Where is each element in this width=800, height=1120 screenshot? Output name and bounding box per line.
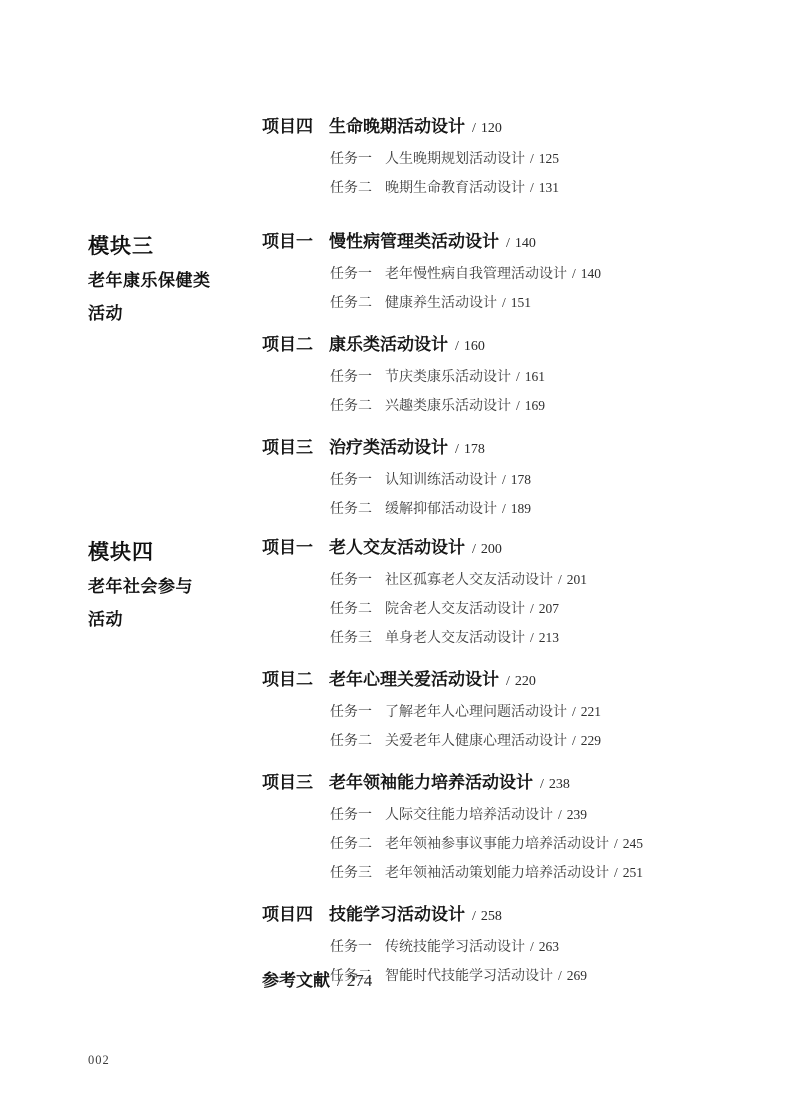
page-separator: /	[530, 180, 534, 195]
project-page-number: 140	[515, 236, 536, 251]
task-title: 兴趣类康乐活动设计	[385, 397, 511, 413]
task-page-number: 189	[511, 501, 531, 516]
task-label: 任务一	[330, 932, 372, 960]
project-title: 慢性病管理类活动设计	[329, 232, 499, 251]
page-separator: /	[472, 121, 476, 136]
page-separator: /	[614, 836, 618, 851]
task-page-number: 221	[581, 704, 601, 719]
project-heading: 项目三治疗类活动设计/178	[262, 433, 800, 465]
page-separator: /	[558, 968, 562, 983]
page-separator: /	[502, 295, 506, 310]
task-page-number: 131	[539, 180, 559, 195]
page-separator: /	[506, 236, 510, 251]
page-separator: /	[472, 909, 476, 924]
project-title: 治疗类活动设计	[329, 438, 448, 457]
references-title: 参考文献	[262, 971, 330, 990]
project-page-number: 178	[464, 442, 485, 457]
task-label: 任务三	[330, 623, 372, 651]
references-heading: 参考文献/274	[262, 966, 372, 996]
task-label: 任务二	[330, 726, 372, 754]
toc-project: 项目三治疗类活动设计/178 任务一认知训练活动设计/178 任务二缓解抑郁活动…	[262, 433, 800, 523]
task-page-number: 213	[539, 630, 559, 645]
module-title-line: 活动	[88, 603, 262, 636]
page-separator: /	[516, 398, 520, 413]
toc-task: 任务二兴趣类康乐活动设计/169	[262, 391, 800, 420]
task-label: 任务二	[330, 391, 372, 419]
project-label: 项目三	[262, 768, 313, 798]
task-label: 任务二	[330, 829, 372, 857]
task-label: 任务一	[330, 465, 372, 493]
task-label: 任务二	[330, 288, 372, 316]
page-separator: /	[516, 369, 520, 384]
task-label: 任务二	[330, 594, 372, 622]
project-page-number: 258	[481, 909, 502, 924]
toc-project: 项目一老人交友活动设计/200 任务一社区孤寡老人交友活动设计/201 任务二院…	[262, 533, 800, 652]
project-heading: 项目二老年心理关爱活动设计/220	[262, 665, 800, 697]
project-page-number: 160	[464, 339, 485, 354]
project-label: 项目四	[262, 112, 313, 142]
project-heading: 项目三老年领袖能力培养活动设计/238	[262, 768, 800, 800]
task-label: 任务二	[330, 173, 372, 201]
page-separator: /	[337, 971, 342, 990]
task-title: 节庆类康乐活动设计	[385, 368, 511, 384]
toc-section-module-3: 模块三 老年康乐保健类 活动 项目一慢性病管理类活动设计/140 任务一老年慢性…	[0, 227, 800, 536]
page-separator: /	[502, 501, 506, 516]
project-title: 康乐类活动设计	[329, 335, 448, 354]
page-separator: /	[530, 939, 534, 954]
project-title: 老人交友活动设计	[329, 538, 465, 557]
project-title: 生命晚期活动设计	[329, 117, 465, 136]
project-heading: 项目四技能学习活动设计/258	[262, 900, 800, 932]
toc-task: 任务二关爱老年人健康心理活动设计/229	[262, 726, 800, 755]
task-title: 人生晚期规划活动设计	[385, 150, 525, 166]
page-separator: /	[530, 151, 534, 166]
toc-task: 任务二院舍老人交友活动设计/207	[262, 594, 800, 623]
task-title: 关爱老年人健康心理活动设计	[385, 732, 567, 748]
task-page-number: 161	[525, 369, 545, 384]
task-page-number: 251	[623, 865, 643, 880]
project-page-number: 120	[481, 121, 502, 136]
page-separator: /	[572, 266, 576, 281]
page-separator: /	[530, 601, 534, 616]
task-title: 老年慢性病自我管理活动设计	[385, 265, 567, 281]
task-page-number: 263	[539, 939, 559, 954]
toc-task: 任务一认知训练活动设计/178	[262, 465, 800, 494]
toc-task: 任务一老年慢性病自我管理活动设计/140	[262, 259, 800, 288]
page-separator: /	[540, 777, 544, 792]
toc-task: 任务二缓解抑郁活动设计/189	[262, 494, 800, 523]
task-page-number: 207	[539, 601, 559, 616]
page-separator: /	[472, 542, 476, 557]
project-label: 项目二	[262, 330, 313, 360]
task-title: 缓解抑郁活动设计	[385, 500, 497, 516]
task-page-number: 201	[567, 572, 587, 587]
module-label: 模块四	[88, 535, 262, 570]
task-title: 智能时代技能学习活动设计	[385, 967, 553, 983]
project-label: 项目三	[262, 433, 313, 463]
task-title: 健康养生活动设计	[385, 294, 497, 310]
project-label: 项目二	[262, 665, 313, 695]
task-label: 任务一	[330, 362, 372, 390]
task-page-number: 239	[567, 807, 587, 822]
page-separator: /	[455, 442, 459, 457]
project-page-number: 220	[515, 674, 536, 689]
task-label: 任务一	[330, 697, 372, 725]
task-title: 社区孤寡老人交友活动设计	[385, 571, 553, 587]
task-title: 院舍老人交友活动设计	[385, 600, 525, 616]
toc-task: 任务一人生晚期规划活动设计/125	[262, 144, 800, 173]
project-page-number: 200	[481, 542, 502, 557]
project-page-number: 238	[549, 777, 570, 792]
toc-task: 任务一人际交往能力培养活动设计/239	[262, 800, 800, 829]
project-heading: 项目一慢性病管理类活动设计/140	[262, 227, 800, 259]
page-separator: /	[558, 807, 562, 822]
project-heading: 项目一老人交友活动设计/200	[262, 533, 800, 565]
toc-task: 任务一社区孤寡老人交友活动设计/201	[262, 565, 800, 594]
task-title: 晚期生命教育活动设计	[385, 179, 525, 195]
toc-project: 项目四生命晚期活动设计/120 任务一人生晚期规划活动设计/125 任务二晚期生…	[262, 112, 800, 202]
project-title: 老年心理关爱活动设计	[329, 670, 499, 689]
folio-page-number: 002	[88, 1053, 110, 1068]
task-title: 认知训练活动设计	[385, 471, 497, 487]
toc-project: 项目三老年领袖能力培养活动设计/238 任务一人际交往能力培养活动设计/239 …	[262, 768, 800, 887]
toc-task: 任务一了解老年人心理问题活动设计/221	[262, 697, 800, 726]
task-title: 老年领袖参事议事能力培养活动设计	[385, 835, 609, 851]
project-title: 技能学习活动设计	[329, 905, 465, 924]
task-title: 人际交往能力培养活动设计	[385, 806, 553, 822]
module-title-line: 活动	[88, 297, 262, 330]
toc-task: 任务三老年领袖活动策划能力培养活动设计/251	[262, 858, 800, 887]
task-page-number: 169	[525, 398, 545, 413]
page-separator: /	[614, 865, 618, 880]
module-title-line: 老年康乐保健类	[88, 264, 262, 297]
page-separator: /	[455, 339, 459, 354]
toc-task: 任务二晚期生命教育活动设计/131	[262, 173, 800, 202]
task-label: 任务三	[330, 858, 372, 886]
task-page-number: 178	[511, 472, 531, 487]
task-page-number: 140	[581, 266, 601, 281]
module-block: 模块三 老年康乐保健类 活动	[88, 229, 262, 330]
module-label: 模块三	[88, 229, 262, 264]
project-heading: 项目四生命晚期活动设计/120	[262, 112, 800, 144]
task-title: 老年领袖活动策划能力培养活动设计	[385, 864, 609, 880]
toc-project: 项目二康乐类活动设计/160 任务一节庆类康乐活动设计/161 任务二兴趣类康乐…	[262, 330, 800, 420]
task-label: 任务一	[330, 259, 372, 287]
page-separator: /	[558, 572, 562, 587]
toc-task: 任务二健康养生活动设计/151	[262, 288, 800, 317]
page-separator: /	[572, 704, 576, 719]
toc-task: 任务一传统技能学习活动设计/263	[262, 932, 800, 961]
task-page-number: 125	[539, 151, 559, 166]
page-separator: /	[530, 630, 534, 645]
references-page-number: 274	[347, 971, 373, 990]
task-page-number: 245	[623, 836, 643, 851]
page-separator: /	[506, 674, 510, 689]
page-separator: /	[502, 472, 506, 487]
task-label: 任务一	[330, 144, 372, 172]
page-separator: /	[572, 733, 576, 748]
task-page-number: 229	[581, 733, 601, 748]
task-title: 了解老年人心理问题活动设计	[385, 703, 567, 719]
project-label: 项目四	[262, 900, 313, 930]
task-page-number: 269	[567, 968, 587, 983]
toc-task: 任务三单身老人交友活动设计/213	[262, 623, 800, 652]
toc-task: 任务二老年领袖参事议事能力培养活动设计/245	[262, 829, 800, 858]
task-title: 单身老人交友活动设计	[385, 629, 525, 645]
toc-project: 项目二老年心理关爱活动设计/220 任务一了解老年人心理问题活动设计/221 任…	[262, 665, 800, 755]
task-title: 传统技能学习活动设计	[385, 938, 525, 954]
task-label: 任务一	[330, 800, 372, 828]
task-page-number: 151	[511, 295, 531, 310]
toc-section-module-4: 模块四 老年社会参与 活动 项目一老人交友活动设计/200 任务一社区孤寡老人交…	[0, 533, 800, 1003]
task-label: 任务一	[330, 565, 372, 593]
toc-section-continuation: 项目四生命晚期活动设计/120 任务一人生晚期规划活动设计/125 任务二晚期生…	[0, 112, 800, 215]
task-label: 任务二	[330, 494, 372, 522]
toc-task: 任务一节庆类康乐活动设计/161	[262, 362, 800, 391]
project-title: 老年领袖能力培养活动设计	[329, 773, 533, 792]
module-block: 模块四 老年社会参与 活动	[88, 535, 262, 636]
project-heading: 项目二康乐类活动设计/160	[262, 330, 800, 362]
project-label: 项目一	[262, 533, 313, 563]
toc-project: 项目一慢性病管理类活动设计/140 任务一老年慢性病自我管理活动设计/140 任…	[262, 227, 800, 317]
module-title-line: 老年社会参与	[88, 570, 262, 603]
project-label: 项目一	[262, 227, 313, 257]
